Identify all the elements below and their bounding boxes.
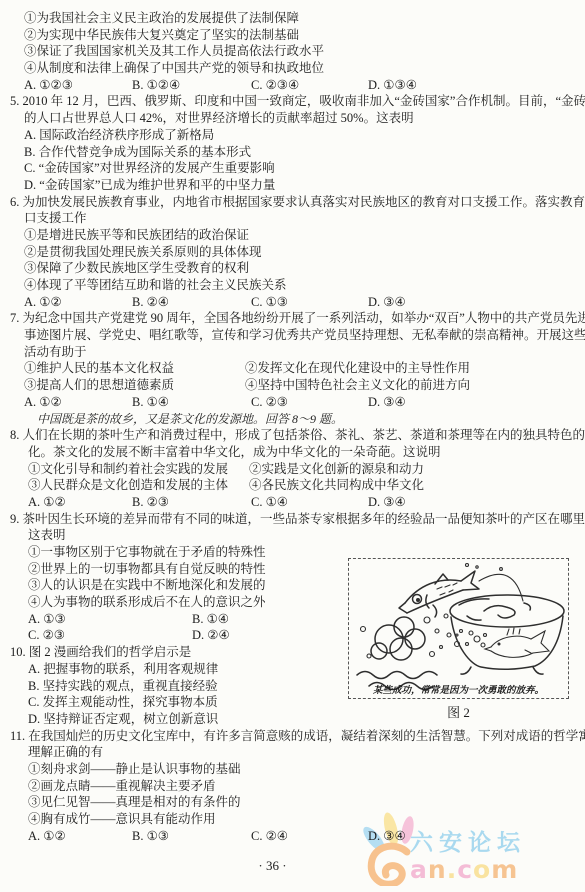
- question-4-continued: ①为我国社会主义民主政治的发展提供了法制保障 ②为实现中华民族伟大复兴奠定了坚实…: [0, 10, 585, 93]
- question-stem: 8. 人们在长期的茶叶生产和消费过程中，形成了包括茶俗、茶礼、茶艺、茶道和茶理等…: [0, 427, 585, 444]
- option-c: C. ①④: [251, 494, 368, 511]
- page-number: · 36 ·: [0, 858, 545, 874]
- options-row: A. ①② B. ①④ C. ②③ D. ③④: [0, 394, 585, 411]
- question-stem: 7. 为纪念中国共产党建党 90 周年，全国各地纷纷开展了一系列活动，如举办“双…: [0, 310, 585, 327]
- option-b: B. ①③: [132, 828, 251, 845]
- question-stem: 事迹图片展、学党史、唱红歌等，宣传和学习优秀共产党员坚持理想、无私奉献的崇高精神…: [0, 327, 585, 344]
- question-5: 5. 2010 年 12 月，巴西、俄罗斯、印度和中国一致商定，吸收南非加入“金…: [0, 93, 585, 193]
- question-stem: 的人口占世界总人口 42%，对世界经济增长的贡献率超过 50%。这表明: [0, 110, 585, 127]
- option-a: A. 国际政治经济秩序形成了新格局: [0, 127, 585, 144]
- option-c: C. ②③④: [251, 77, 368, 94]
- question-stem: 这表明: [0, 527, 585, 544]
- options-row: A. ①②③ B. ①②④ C. ②③④ D. ①③④: [0, 77, 585, 94]
- figure-caption: 某些成功，常常是因为一次勇敢的放弃。: [349, 682, 568, 696]
- items-row: ③人民群众是文化创造和发展的主体 ④各民族文化共同构成中华文化: [0, 477, 585, 494]
- question-11: 11. 在我国灿烂的历史文化宝库中，有许多言简意赅的成语，凝结着深刻的生活智慧。…: [0, 728, 585, 845]
- question-item: ③保障了少数民族地区学生受教育的权利: [0, 260, 585, 277]
- question-item: ③提高人们的思想道德素质: [24, 377, 245, 394]
- option-d: D. ①③④: [368, 77, 417, 94]
- option-b: B. 合作代替竞争成为国际关系的基本形式: [0, 144, 585, 161]
- question-item: ④坚持中国特色社会主义文化的前进方向: [245, 377, 470, 394]
- question-item: ②是贯彻我国处理民族关系原则的具体体现: [0, 244, 585, 261]
- fish-jumping-from-pot-drawing: [349, 559, 568, 698]
- option-a: A. ①②: [28, 828, 132, 845]
- option-d: D. ③④: [368, 828, 406, 845]
- options-row: A. ①② B. ②③ C. ①④ D. ③④: [0, 494, 585, 511]
- option-c: C. ①③: [251, 294, 368, 311]
- option-b: B. ①④: [192, 611, 229, 628]
- option-c: C. ②③: [251, 394, 368, 411]
- question-item: ④从制度和法律上确保了中国共产党的领导和执政地位: [0, 60, 585, 77]
- question-stem: 理解正确的有: [0, 744, 585, 761]
- option-b: B. ①④: [132, 394, 251, 411]
- question-item: ②画龙点睛——重视解决主要矛盾: [0, 778, 585, 795]
- option-a: A. ①②: [24, 294, 132, 311]
- items-row: ③提高人们的思想道德素质 ④坚持中国特色社会主义文化的前进方向: [0, 377, 585, 394]
- option-c: C. “金砖国家”对世界经济的发展产生重要影响: [0, 160, 585, 177]
- question-stem: 9. 茶叶因生长环境的差异而带有不同的味道，一些品茶专家根据多年的经验品一品便知…: [0, 511, 585, 528]
- question-stem: 化。茶文化的发展不断丰富着中华文化，成为中华文化的一朵奇葩。这说明: [0, 444, 585, 461]
- option-a: A. ①③: [28, 611, 192, 628]
- question-stem: 5. 2010 年 12 月，巴西、俄罗斯、印度和中国一致商定，吸收南非加入“金…: [0, 93, 585, 110]
- items-row: ①文化引导和制约着社会实践的发展 ②实践是文化创新的源泉和动力: [0, 461, 585, 478]
- option-b: B. ②④: [132, 294, 251, 311]
- figure-2-cartoon: 某些成功，常常是因为一次勇敢的放弃。: [348, 558, 569, 699]
- question-7: 7. 为纪念中国共产党建党 90 周年，全国各地纷纷开展了一系列活动，如举办“双…: [0, 310, 585, 410]
- question-item: ②发挥文化在现代化建设中的主导性作用: [245, 360, 470, 377]
- question-stem: 口支援工作: [0, 210, 585, 227]
- question-stem: 11. 在我国灿烂的历史文化宝库中，有许多言简意赅的成语，凝结着深刻的生活智慧。…: [0, 728, 585, 745]
- options-row: A. ①② B. ②④ C. ①③ D. ③④: [0, 294, 585, 311]
- question-item: ①刻舟求剑——静止是认识事物的基础: [0, 761, 585, 778]
- option-d: D. ③④: [368, 294, 406, 311]
- question-item: ④各民族文化共同构成中华文化: [249, 477, 424, 494]
- option-c: C. ②③: [28, 627, 192, 644]
- question-item: ①维护人民的基本文化权益: [24, 360, 245, 377]
- question-item: ④胸有成竹——意识具有能动作用: [0, 811, 585, 828]
- question-item: ③人民群众是文化创造和发展的主体: [28, 477, 249, 494]
- question-item: ②实践是文化创新的源泉和动力: [249, 461, 424, 478]
- question-stem: 活动有助于: [0, 344, 585, 361]
- option-b: B. ①②④: [132, 77, 251, 94]
- option-c: C. ②④: [251, 828, 368, 845]
- question-8: 8. 人们在长期的茶叶生产和消费过程中，形成了包括茶俗、茶礼、茶艺、茶道和茶理等…: [0, 427, 585, 510]
- question-item: ④体现了平等团结互助和谐的社会主义民族关系: [0, 277, 585, 294]
- figure-label: 图 2: [348, 702, 569, 721]
- question-item: ③保证了我国国家机关及其工作人员提高依法行政水平: [0, 43, 585, 60]
- question-item: ①文化引导和制约着社会实践的发展: [28, 461, 249, 478]
- option-d: D. “金砖国家”已成为维护世界和平的中坚力量: [0, 177, 585, 194]
- question-stem: 6. 为加快发展民族教育事业，内地省市根据国家要求认真落实对民族地区的教育对口支…: [0, 194, 585, 211]
- question-item: ①为我国社会主义民主政治的发展提供了法制保障: [0, 10, 585, 27]
- question-item: ①是增进民族平等和民族团结的政治保证: [0, 227, 585, 244]
- option-a: A. ①②: [24, 394, 132, 411]
- option-b: B. ②③: [132, 494, 251, 511]
- option-a: A. ①②③: [24, 77, 132, 94]
- options-row: A. ①② B. ①③ C. ②④ D. ③④: [0, 828, 585, 845]
- section-intro: 中国既是茶的故乡，又是茶文化的发源地。回答 8～9 题。: [0, 411, 585, 428]
- option-a: A. ①②: [28, 494, 132, 511]
- option-d: D. ②④: [192, 627, 230, 644]
- option-d: D. ③④: [368, 394, 406, 411]
- question-6: 6. 为加快发展民族教育事业，内地省市根据国家要求认真落实对民族地区的教育对口支…: [0, 194, 585, 311]
- question-item: ③见仁见智——真理是相对的有条件的: [0, 794, 585, 811]
- items-row: ①维护人民的基本文化权益 ②发挥文化在现代化建设中的主导性作用: [0, 360, 585, 377]
- option-d: D. ③④: [368, 494, 406, 511]
- question-item: ②为实现中华民族伟大复兴奠定了坚实的法制基础: [0, 27, 585, 44]
